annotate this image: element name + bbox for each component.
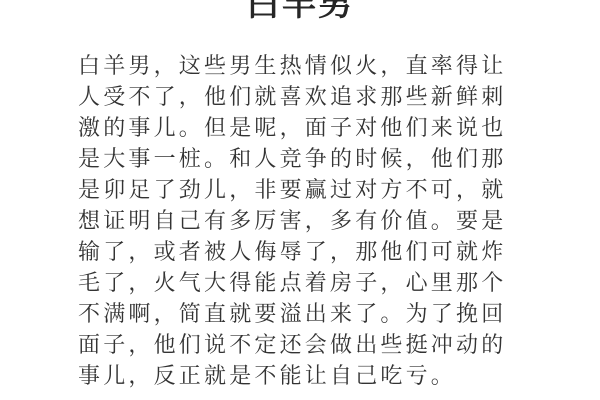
text-line: 输了，或者被人侮辱了，那他们可就炸 xyxy=(78,236,548,267)
article-body: 白羊男，这些男生热情似火，直率得让人受不了，他们就喜欢追求那些新鲜刺激的事儿。但… xyxy=(78,50,548,391)
text-line: 想证明自己有多厉害，多有价值。要是 xyxy=(78,205,548,236)
text-line: 是卯足了劲儿，非要赢过对方不可，就 xyxy=(78,174,548,205)
text-line: 面子，他们说不定还会做出些挺冲动的 xyxy=(78,329,548,360)
text-line: 激的事儿。但是呢，面子对他们来说也 xyxy=(78,112,548,143)
text-line: 是大事一桩。和人竞争的时候，他们那 xyxy=(78,143,548,174)
text-line: 人受不了，他们就喜欢追求那些新鲜刺 xyxy=(78,81,548,112)
text-line: 白羊男，这些男生热情似火，直率得让 xyxy=(78,50,548,81)
text-line: 不满啊，简直就要溢出来了。为了挽回 xyxy=(78,298,548,329)
text-line: 毛了，火气大得能点着房子，心里那个 xyxy=(78,267,548,298)
article-page: 白羊男 白羊男，这些男生热情似火，直率得让人受不了，他们就喜欢追求那些新鲜刺激的… xyxy=(0,0,600,400)
article-title: 白羊男 xyxy=(0,0,600,21)
text-line: 事儿，反正就是不能让自己吃亏。 xyxy=(78,360,548,391)
